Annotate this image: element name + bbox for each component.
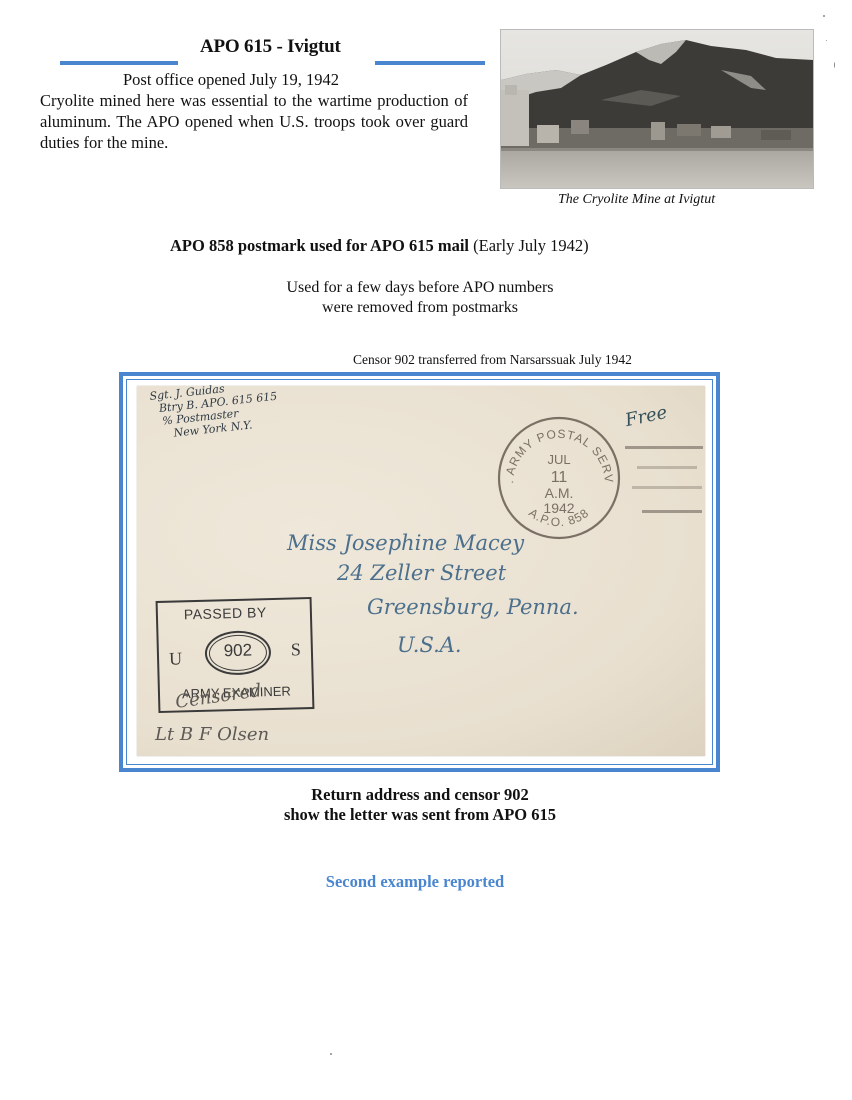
censor-number: 902	[207, 640, 270, 662]
censor-number-oval: 902	[204, 630, 271, 676]
conclusion-line: Return address and censor 902	[200, 785, 640, 805]
censor-passed-by: PASSED BY	[184, 604, 267, 622]
scan-speck	[834, 62, 835, 68]
censor-signature: Lt B F Olsen	[155, 724, 269, 745]
page-title: APO 615 - Ivigtut	[200, 36, 341, 58]
scan-speck	[826, 40, 827, 41]
recipient-line: Miss Josephine Macey	[287, 528, 524, 558]
censor-u: U	[169, 648, 183, 669]
censor-s: S	[291, 639, 302, 660]
scan-speck	[330, 1053, 332, 1055]
title-rule-right	[375, 61, 485, 65]
recipient-line: U.S.A.	[397, 630, 462, 660]
free-franking: Free	[623, 402, 669, 431]
svg-text:A.M.: A.M.	[545, 485, 574, 501]
cryolite-mine-photo	[500, 29, 814, 189]
recipient-line: Greensburg, Penna.	[367, 592, 579, 622]
return-address: Sgt. J. Guidas Btry B. APO. 615 615 % Po…	[149, 377, 280, 442]
intro-paragraph: Cryolite mined here was essential to the…	[40, 90, 468, 153]
svg-text:JUL: JUL	[547, 452, 570, 467]
conclusion-caption: Return address and censor 902 show the l…	[200, 785, 640, 825]
recipient-line: 24 Zeller Street	[337, 558, 506, 588]
section-note-line: Used for a few days before APO numbers	[200, 278, 640, 298]
mountain-photo-image	[501, 30, 813, 188]
censor-note: Censor 902 transferred from Narsarssuak …	[353, 352, 632, 368]
opened-date: Post office opened July 19, 1942	[123, 70, 339, 90]
section-note: Used for a few days before APO numbers w…	[200, 278, 640, 318]
cancel-bar	[637, 466, 697, 469]
section-note-line: were removed from postmarks	[200, 298, 640, 318]
conclusion-line: show the letter was sent from APO 615	[200, 805, 640, 825]
section-heading-bold: APO 858 postmark used for APO 615 mail	[170, 236, 469, 255]
second-example-note: Second example reported	[200, 872, 630, 892]
cancel-bar	[625, 446, 703, 449]
svg-text:11: 11	[551, 469, 568, 486]
scan-speck	[823, 15, 825, 17]
cancel-bar	[632, 486, 702, 489]
photo-caption: The Cryolite Mine at Ivigtut	[558, 192, 715, 208]
title-rule-left	[60, 61, 178, 65]
postmark-circle: U.S. ARMY POSTAL SERVICE A.P.O. 858 JUL …	[495, 414, 623, 542]
cancel-bar	[642, 510, 702, 513]
envelope-cover: Sgt. J. Guidas Btry B. APO. 615 615 % Po…	[137, 386, 705, 756]
section-heading-date: (Early July 1942)	[473, 236, 588, 255]
section-heading: APO 858 postmark used for APO 615 mail (…	[170, 236, 589, 256]
svg-text:1942: 1942	[543, 500, 574, 516]
postmark: U.S. ARMY POSTAL SERVICE A.P.O. 858 JUL …	[495, 414, 623, 542]
